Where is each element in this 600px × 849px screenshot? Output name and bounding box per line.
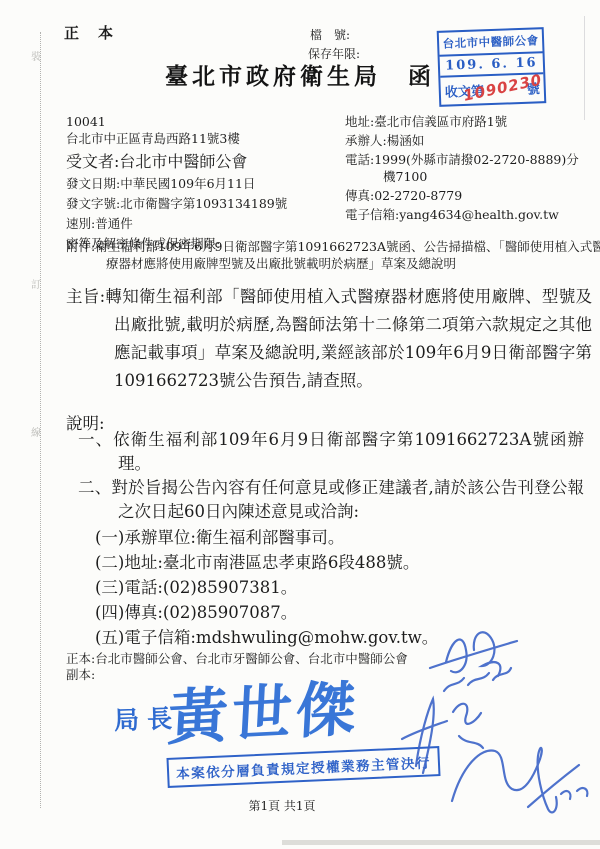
receipt-stamp: 台北市中醫師公會 109. 6. 16 收文第 號 1090230: [437, 27, 547, 107]
recipient-address: 台北市中正區青島西路11號3樓: [66, 131, 240, 148]
attachment-line: 附件:衛生福利部109年6月9日衛部醫字第1091662723A號函、公告掃描檔…: [66, 239, 600, 272]
binding-dotted-line: [40, 32, 41, 808]
explanation-subitem-3: (三)電話:(02)85907381。: [95, 574, 297, 598]
contact-fax: 傳真:02-2720-8779: [345, 188, 585, 205]
contact-email: 電子信箱:yang4634@health.gov.tw: [345, 207, 585, 224]
issue-number: 發文字號:北市衛醫字第1093134189號: [66, 196, 346, 213]
contact-block: 地址:臺北市信義區市府路1號 承辦人:楊涵如 電話:1999(外縣市請撥02-2…: [345, 114, 585, 226]
explanation-subitem-5: (五)電子信箱:mdshwuling@mohw.gov.tw。: [95, 624, 438, 648]
contact-address: 地址:臺北市信義區市府路1號: [345, 114, 585, 131]
copy-type-label: 正 本: [64, 22, 115, 43]
file-number-label: 檔 號:: [310, 26, 350, 43]
explanation-item-1: 一、依衛生福利部109年6月9日衛部醫字第1091662723A號函辦理。: [78, 428, 584, 476]
explanation-item-2: 二、對於旨揭公告內容有任何意見或修正建議者,請於該公告刊登公報之次日起60日內陳…: [78, 476, 584, 524]
scan-bottom-shadow: [282, 840, 600, 845]
subject-paragraph: 主旨:轉知衛生福利部「醫師使用植入式醫療器材應將使用廠牌、型號及出廠批號,載明於…: [66, 283, 592, 395]
receipt-stamp-org: 台北市中醫師公會: [439, 29, 543, 57]
scanned-official-letter: 裝 訂 線 正 本 檔 號: 保存年限: 臺北市政府衛生局 函 台北市中醫師公會…: [0, 0, 600, 849]
speed-class: 速別:普通件: [66, 216, 346, 233]
contact-phone: 電話:1999(外縣市請撥02-2720-8889)分機7100: [345, 152, 585, 185]
scan-edge-line: [584, 16, 585, 120]
explanation-subitem-4: (四)傳真:(02)85907087。: [95, 599, 297, 623]
explanation-subitem-1: (一)承辦單位:衛生福利部醫事司。: [95, 524, 344, 548]
explanation-subitem-2: (二)地址:臺北市南港區忠孝東路6段488號。: [95, 549, 419, 573]
page-number: 第1頁 共1頁: [222, 797, 342, 814]
contact-person: 承辦人:楊涵如: [345, 133, 585, 150]
binding-mark-xian: 線: [31, 424, 41, 439]
recipient-line: 受文者:台北市中醫師公會: [66, 149, 247, 172]
recipient-zip: 10041: [66, 114, 106, 131]
director-signature-name: 黃世傑: [166, 661, 362, 757]
binding-mark-ding: 訂: [31, 276, 41, 291]
issue-date: 發文日期:中華民國109年6月11日: [66, 176, 346, 193]
copy-recipients-line: 副本:: [66, 665, 95, 683]
